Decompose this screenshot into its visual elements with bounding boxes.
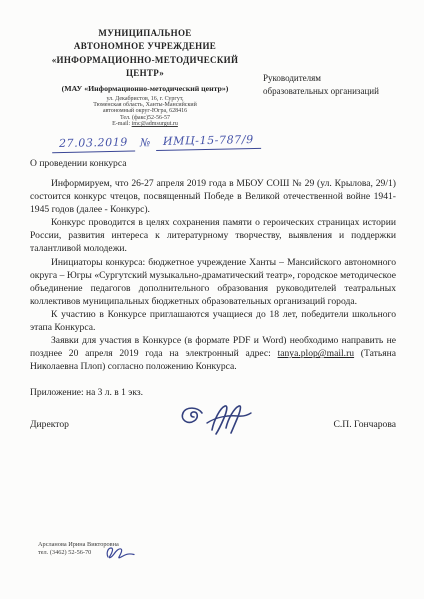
executor-initials-signature (102, 544, 136, 562)
contact-email: tanya.plop@mail.ru (278, 348, 355, 359)
org-name-line: МУНИЦИПАЛЬНОЕ (26, 27, 264, 40)
org-short-name: (МАУ «Информационно-методический центр») (26, 84, 264, 94)
body-paragraph: Конкурс проводится в целях сохранения па… (30, 216, 396, 255)
org-email-address: imc@admsurgut.ru (132, 121, 178, 127)
letter-body: Информируем, что 26-27 апреля 2019 года … (30, 177, 396, 373)
signer-name: С.П. Гончарова (334, 419, 397, 430)
org-name-line: АВТОНОМНОЕ УЧРЕЖДЕНИЕ (26, 40, 264, 53)
director-signature (176, 400, 254, 440)
number-sign: № (140, 136, 151, 151)
body-paragraph: Инициаторы конкурса: бюджетное учреждени… (30, 256, 396, 308)
email-line: E-mail: imc@admsurgut.ru (26, 121, 264, 127)
addressee-line: образовательных организаций (263, 85, 413, 98)
addressee-line: Руководителям (263, 72, 413, 85)
reference-line: 27.03.2019 № ИМЦ-15-787/9 (52, 133, 262, 153)
position-title: Директор (30, 419, 69, 430)
addressee-block: Руководителям образовательных организаци… (263, 72, 413, 98)
attachment-note: Приложение: на 3 л. в 1 экз. (30, 388, 143, 398)
body-paragraph: К участию в Конкурсе приглашаются учащие… (30, 308, 396, 334)
handwritten-date: 27.03.2019 (52, 135, 135, 153)
handwritten-reference-number: ИМЦ-15-787/9 (156, 133, 261, 151)
email-label: E-mail: (112, 121, 132, 127)
org-name-line: ЦЕНТР» (26, 67, 264, 80)
body-paragraph: Информируем, что 26-27 апреля 2019 года … (30, 177, 396, 216)
subject-line: О проведении конкурса (30, 158, 126, 169)
org-address-block: ул. Декабристов, 16, г. Сургут, Тюменска… (26, 96, 264, 128)
letterhead: МУНИЦИПАЛЬНОЕ АВТОНОМНОЕ УЧРЕЖДЕНИЕ «ИНФ… (26, 27, 264, 128)
org-name-line: «ИНФОРМАЦИОННО-МЕТОДИЧЕСКИЙ (26, 54, 264, 67)
scanned-letter-page: МУНИЦИПАЛЬНОЕ АВТОНОМНОЕ УЧРЕЖДЕНИЕ «ИНФ… (0, 0, 424, 599)
body-paragraph: Заявки для участия в Конкурсе (в формате… (30, 334, 396, 373)
